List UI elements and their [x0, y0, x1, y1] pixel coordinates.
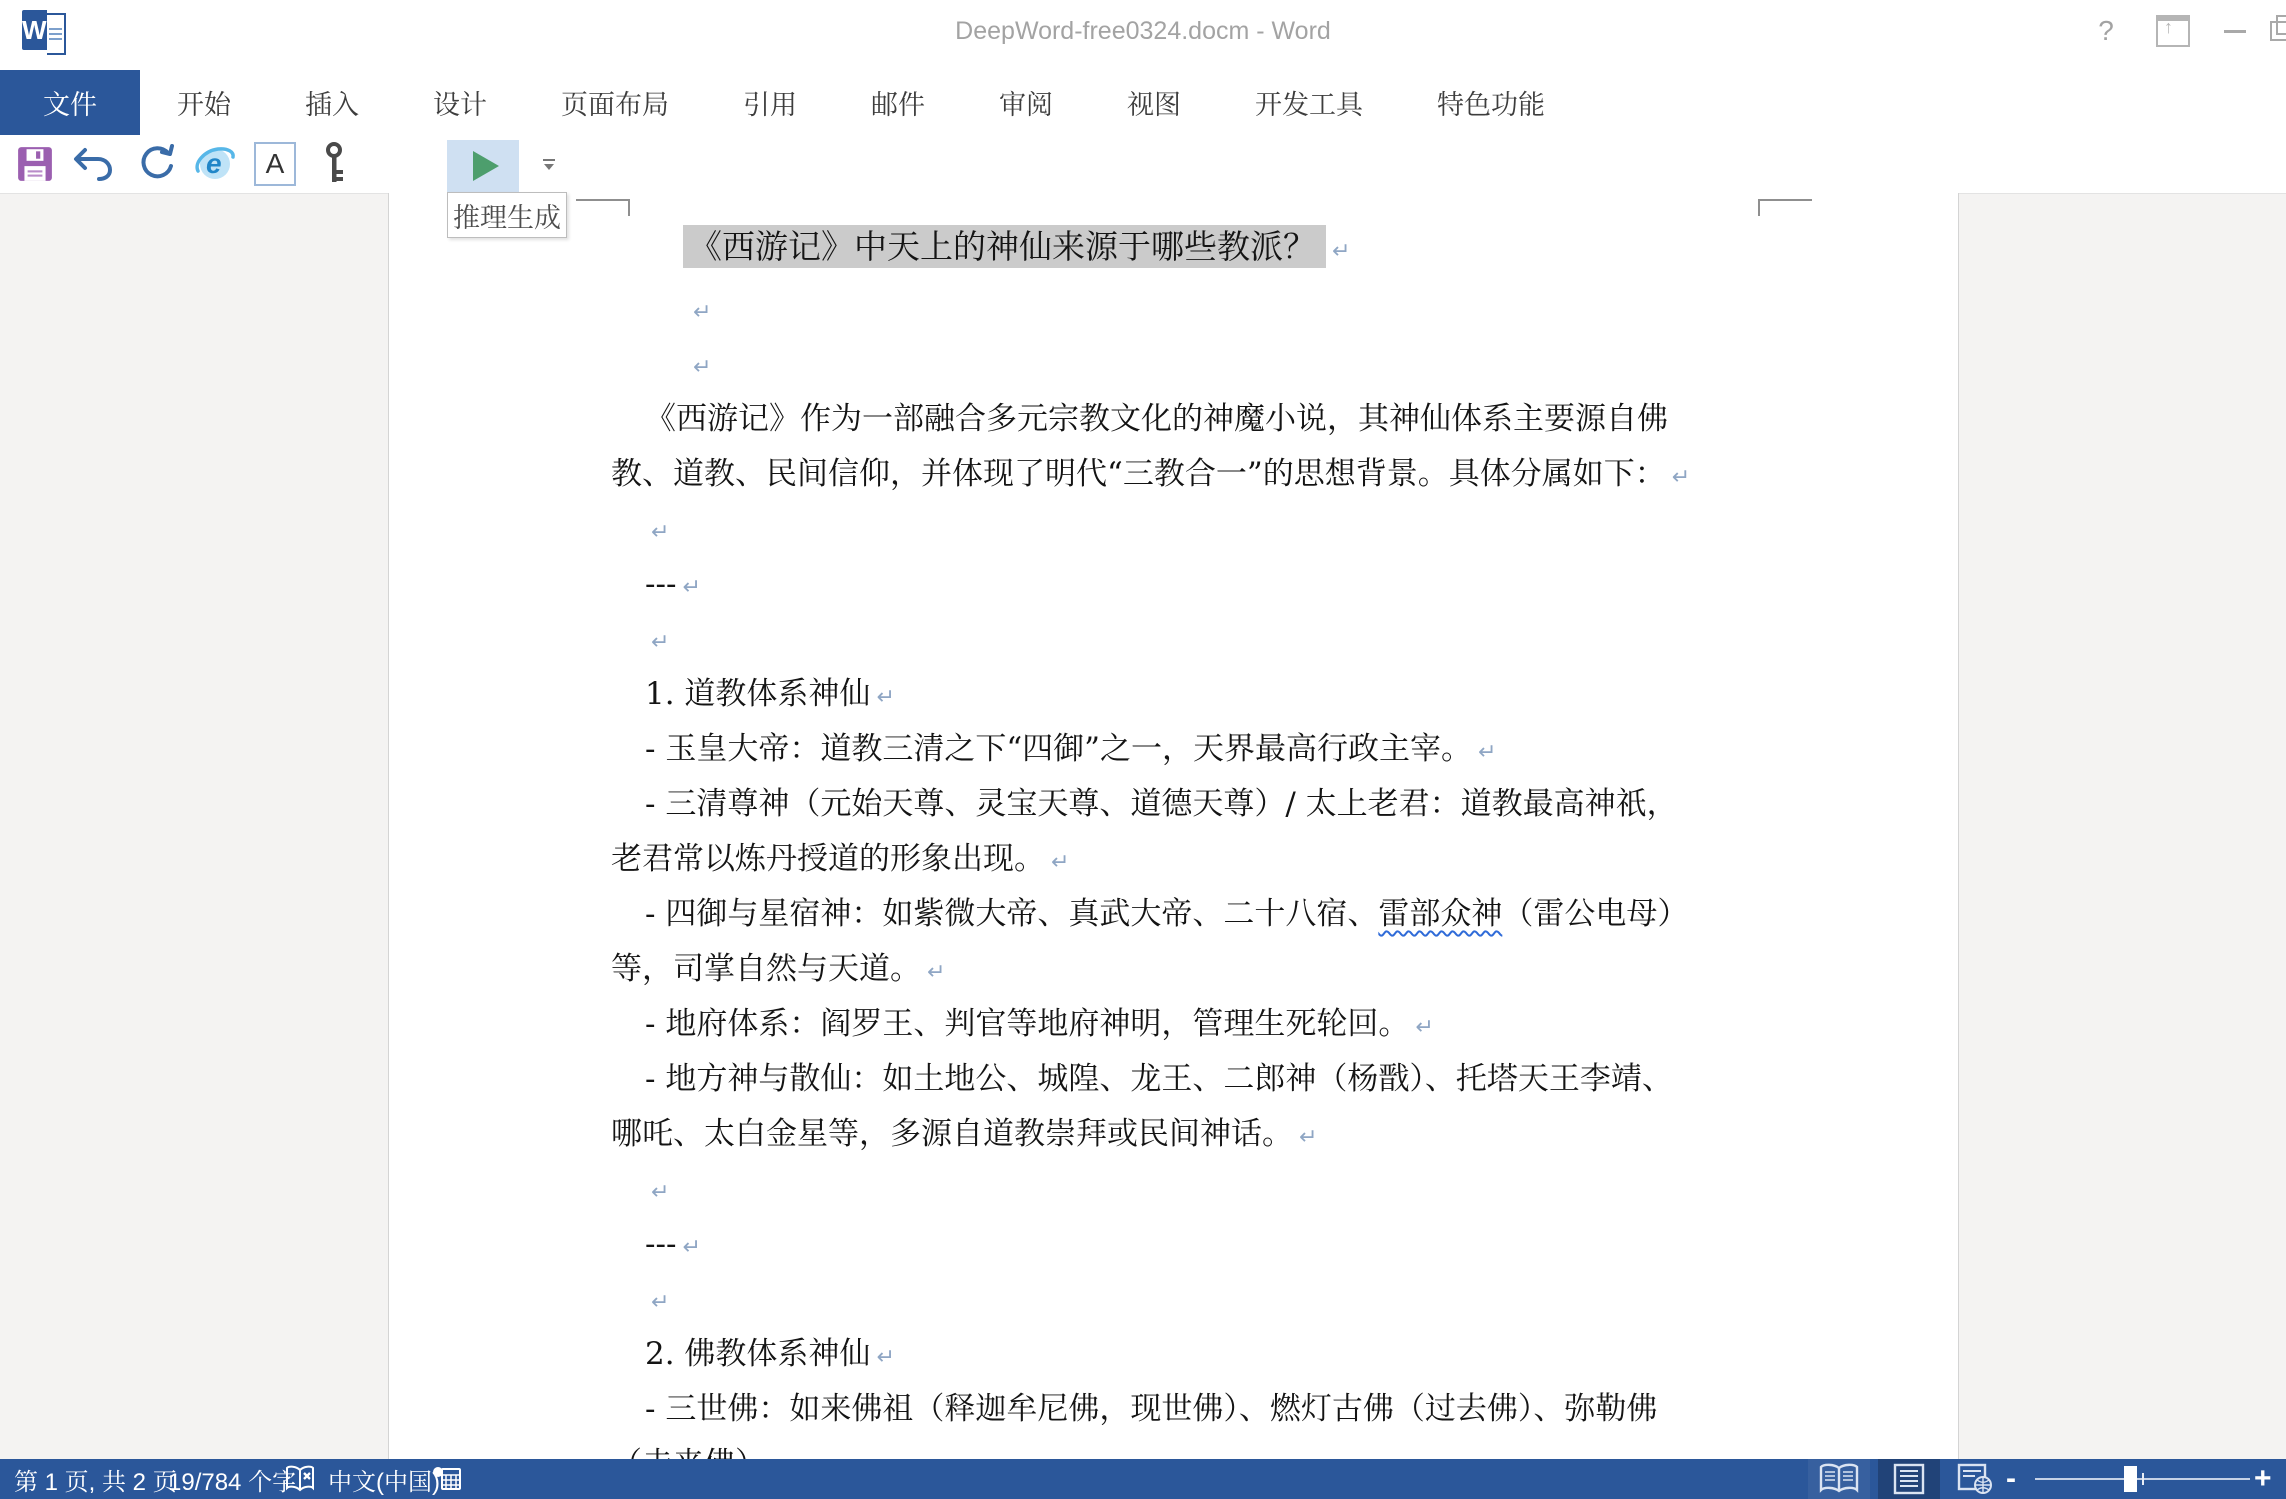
zoom-slider-center-tick: [2142, 1473, 2144, 1485]
tab-file[interactable]: 文件: [0, 70, 140, 135]
restore-icon[interactable]: [2258, 0, 2286, 62]
play-icon: [473, 151, 499, 181]
doc-line: - 地府体系：阎罗王、判官等地府神明，管理生死轮回。↵: [611, 997, 1776, 1052]
document-canvas: 《西游记》中天上的神仙来源于哪些教派？↵ ↵ ↵ 《西游记》作为一部融合多元宗教…: [0, 193, 2286, 1460]
window-title: DeepWord-free0324.docm - Word: [0, 0, 2286, 62]
document-page[interactable]: 《西游记》中天上的神仙来源于哪些教派？↵ ↵ ↵ 《西游记》作为一部融合多元宗教…: [388, 193, 1959, 1460]
doc-line: - 地方神与散仙：如土地公、城隍、龙王、二郎神（杨戬）、托塔天王李靖、: [611, 1052, 1776, 1107]
tab-mailings[interactable]: 邮件: [834, 70, 962, 135]
doc-line: - 四御与星宿神：如紫微大帝、真武大帝、二十八宿、雷部众神（雷公电母）: [611, 887, 1776, 942]
doc-heading-line: 2. 佛教体系神仙↵: [611, 1327, 1776, 1382]
tab-home[interactable]: 开始: [140, 70, 268, 135]
doc-divider-line: ---↵: [611, 557, 1776, 612]
zoom-out-icon[interactable]: -: [2006, 1459, 2016, 1499]
doc-divider-line: ---↵: [611, 1217, 1776, 1272]
key-icon[interactable]: [314, 141, 354, 187]
web-layout-icon[interactable]: [1944, 1459, 2006, 1499]
status-bar: 第 1 页, 共 2 页 19/784 个字 中文(中国): [0, 1459, 2286, 1499]
doc-title-line: 《西游记》中天上的神仙来源于哪些教派？↵: [611, 212, 1776, 282]
undo-icon[interactable]: [70, 141, 116, 187]
tab-insert[interactable]: 插入: [268, 70, 396, 135]
tab-page-layout[interactable]: 页面布局: [524, 70, 706, 135]
redo-icon[interactable]: [134, 141, 180, 187]
proofing-error-icon[interactable]: [285, 1459, 315, 1499]
paragraph-mark: ↵: [1332, 239, 1350, 264]
read-mode-icon[interactable]: [1808, 1459, 1870, 1499]
help-icon[interactable]: ?: [2086, 0, 2126, 62]
macro-recording-icon[interactable]: [432, 1459, 462, 1499]
doc-line: 《西游记》作为一部融合多元宗教文化的神魔小说，其神仙体系主要源自佛: [611, 392, 1776, 447]
tab-view[interactable]: 视图: [1090, 70, 1218, 135]
print-layout-icon[interactable]: [1878, 1459, 1940, 1499]
doc-line: 教、道教、民间信仰，并体现了明代“三教合一”的思想背景。具体分属如下：↵: [611, 447, 1776, 502]
quick-access-toolbar: e A: [0, 135, 2286, 193]
tab-developer[interactable]: 开发工具: [1218, 70, 1400, 135]
doc-empty-line: ↵: [611, 1162, 1776, 1217]
tab-references[interactable]: 引用: [706, 70, 834, 135]
document-text[interactable]: 《西游记》中天上的神仙来源于哪些教派？↵ ↵ ↵ 《西游记》作为一部融合多元宗教…: [611, 212, 1776, 1492]
doc-empty-line: ↵: [611, 282, 1776, 337]
doc-empty-line: ↵: [611, 612, 1776, 667]
tab-special-features[interactable]: 特色功能: [1400, 70, 1582, 135]
doc-heading-line: 1. 道教体系神仙↵: [611, 667, 1776, 722]
ribbon-tab-bar: 文件 开始 插入 设计 页面布局 引用 邮件 审阅 视图 开发工具 特色功能: [0, 62, 2286, 135]
doc-empty-line: ↵: [611, 1272, 1776, 1327]
doc-line: - 三世佛：如来佛祖（释迦牟尼佛，现世佛）、燃灯古佛（过去佛）、弥勒佛: [611, 1382, 1776, 1437]
title-bar: W DeepWord-free0324.docm - Word ?: [0, 0, 2286, 62]
save-icon[interactable]: [12, 141, 58, 187]
doc-line: - 三清尊神（元始天尊、灵宝天尊、道德天尊）/ 太上老君：道教最高神祇，: [611, 777, 1776, 832]
doc-empty-line: ↵: [611, 337, 1776, 392]
toolbar-overflow-icon[interactable]: [536, 141, 562, 187]
doc-line: 等，司掌自然与天道。↵: [611, 942, 1776, 997]
tab-review[interactable]: 审阅: [962, 70, 1090, 135]
doc-line: 老君常以炼丹授道的形象出现。↵: [611, 832, 1776, 887]
zoom-slider-thumb[interactable]: [2124, 1466, 2137, 1492]
zoom-in-icon[interactable]: +: [2254, 1459, 2272, 1499]
ribbon-display-options-icon[interactable]: [2150, 0, 2196, 62]
run-button-tooltip: 推理生成: [447, 192, 567, 238]
autotext-icon[interactable]: A: [252, 141, 298, 187]
minimize-icon[interactable]: [2212, 0, 2258, 62]
word-count-status[interactable]: 19/784 个字: [168, 1459, 296, 1499]
selected-text: 《西游记》中天上的神仙来源于哪些教派？: [683, 225, 1326, 268]
language-status[interactable]: 中文(中国): [328, 1459, 440, 1499]
page-number-status[interactable]: 第 1 页, 共 2 页: [14, 1459, 177, 1499]
doc-line: - 玉皇大帝：道教三清之下“四御”之一，天界最高行政主宰。↵: [611, 722, 1776, 777]
tab-design[interactable]: 设计: [396, 70, 524, 135]
browser-icon[interactable]: e: [192, 141, 238, 187]
doc-line: 哪吒、太白金星等，多源自道教崇拜或民间神话。↵: [611, 1107, 1776, 1162]
misspelled-text: 雷部众神: [1378, 896, 1502, 932]
run-macro-button[interactable]: [447, 140, 519, 192]
doc-empty-line: ↵: [611, 502, 1776, 557]
